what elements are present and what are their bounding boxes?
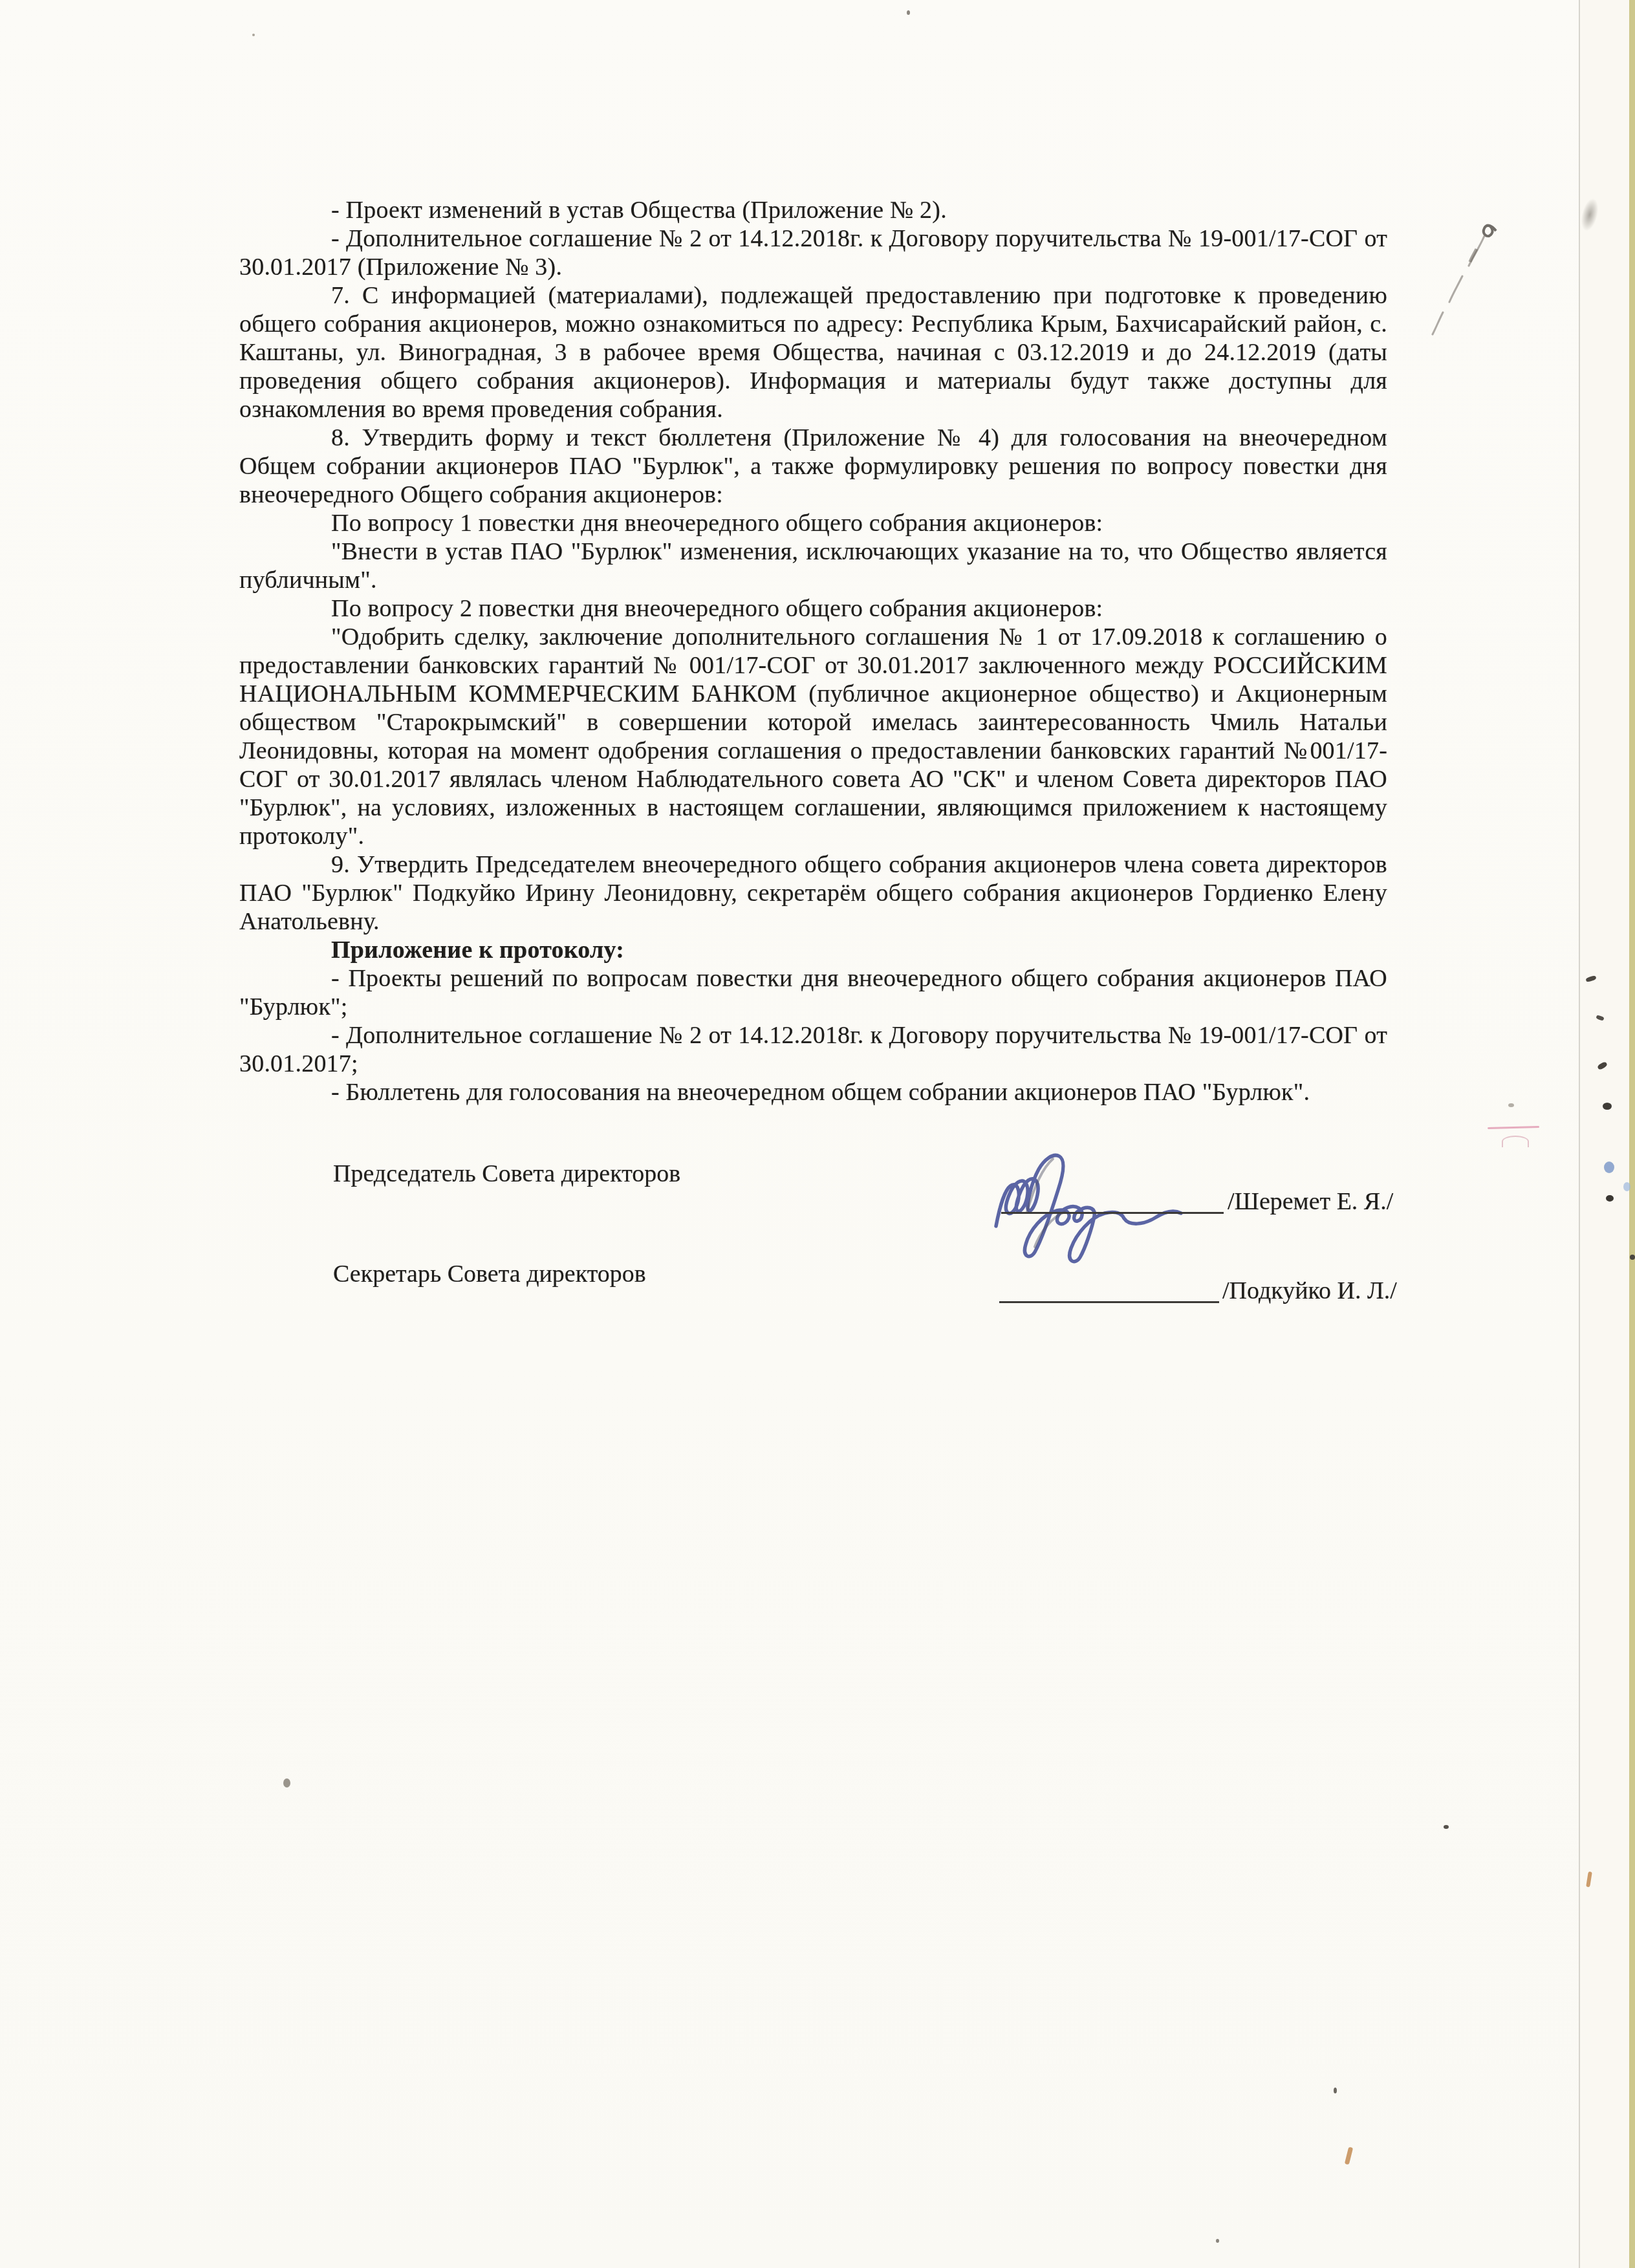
scanned-protocol-page: - Проект изменений в устав Общества (При… bbox=[0, 0, 1635, 2268]
paragraph-6: "Внести в устав ПАО "Бурлюк" изменения, … bbox=[239, 537, 1387, 594]
paragraph-2: - Дополнительное соглашение № 2 от 14.12… bbox=[239, 224, 1387, 281]
blue-ink-speck bbox=[1623, 1182, 1630, 1191]
paragraph-5: По вопросу 1 повестки дня внеочередного … bbox=[239, 509, 1387, 537]
signature-line-chairman bbox=[1001, 1212, 1224, 1214]
orange-fiber-artifact bbox=[1345, 2147, 1353, 2165]
scan-speck bbox=[252, 34, 255, 36]
scan-speck bbox=[1508, 1103, 1514, 1107]
gray-dot-artifact bbox=[283, 1778, 290, 1787]
appendix-item-3: - Бюллетень для голосования на внеочеред… bbox=[239, 1078, 1387, 1107]
signature-line-secretary bbox=[999, 1301, 1219, 1303]
chairman-name: /Шеремет Е. Я./ bbox=[1228, 1187, 1393, 1216]
scan-edge-zone bbox=[1580, 0, 1629, 2268]
handwritten-signature-sheremet bbox=[988, 1150, 1240, 1266]
scan-speck bbox=[1444, 1825, 1449, 1829]
appendix-item-2: - Дополнительное соглашение № 2 от 14.12… bbox=[239, 1021, 1387, 1078]
appendix-list: - Проекты решений по вопросам повестки д… bbox=[239, 964, 1387, 1107]
chairman-role-label: Председатель Совета директоров bbox=[333, 1160, 915, 1188]
scan-speck bbox=[1216, 2239, 1219, 2243]
paragraph-4: 8. Утвердить форму и текст бюллетеня (Пр… bbox=[239, 424, 1387, 509]
paragraph-3: 7. С информацией (материалами), подлежащ… bbox=[239, 281, 1387, 424]
paragraph-1: - Проект изменений в устав Общества (При… bbox=[239, 196, 1387, 224]
secretary-name: /Подкуйко И. Л./ bbox=[1222, 1277, 1397, 1305]
appendix-heading: Приложение к протоколу: bbox=[239, 936, 1387, 964]
blue-ink-speck bbox=[1604, 1161, 1614, 1173]
page-edge-line bbox=[1579, 0, 1580, 2268]
paragraph-7: По вопросу 2 повестки дня внеочередного … bbox=[239, 594, 1387, 623]
scanner-background-strip bbox=[1629, 0, 1635, 2268]
scan-speck bbox=[907, 10, 910, 15]
paragraph-8: "Одобрить сделку, заключение дополнитель… bbox=[239, 623, 1387, 850]
secretary-role-label: Секретарь Совета директоров bbox=[333, 1260, 915, 1288]
scan-speck bbox=[1630, 1255, 1635, 1260]
paragraph-9: 9. Утвердить Председателем внеочередного… bbox=[239, 850, 1387, 936]
appendix-item-1: - Проекты решений по вопросам повестки д… bbox=[239, 964, 1387, 1021]
pen-scratch-artifact bbox=[1420, 210, 1507, 340]
pink-pencil-scribble bbox=[1502, 1136, 1529, 1147]
scan-speck bbox=[1606, 1195, 1614, 1202]
paragraph-list: - Проект изменений в устав Общества (При… bbox=[239, 196, 1387, 936]
scan-speck bbox=[1334, 2088, 1337, 2093]
scan-speck bbox=[1603, 1103, 1612, 1110]
document-body: - Проект изменений в устав Общества (При… bbox=[239, 196, 1387, 1107]
pink-pencil-line bbox=[1488, 1126, 1539, 1129]
